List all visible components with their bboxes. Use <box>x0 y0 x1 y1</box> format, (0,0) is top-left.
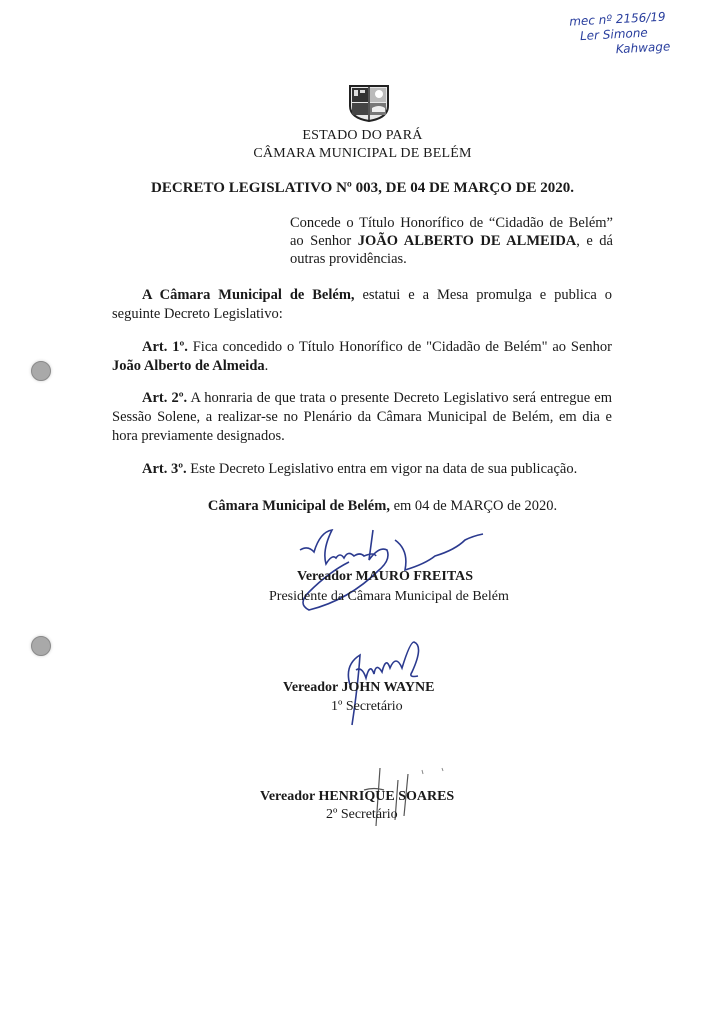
article-3: Art. 3º. Este Decreto Legislativo entra … <box>112 460 612 479</box>
handwritten-note: mec nº 2156/19 Ler Simone Kahwage <box>569 9 671 59</box>
signatory-2-name: Vereador JOHN WAYNE <box>283 680 434 696</box>
signatory-3-name: Vereador HENRIQUE SOARES <box>260 789 454 805</box>
closing-institution: Câmara Municipal de Belém, <box>208 498 390 514</box>
article-label: Art. 2º. <box>142 390 187 406</box>
signatory-1-name: Vereador MAURO FREITAS <box>297 569 473 585</box>
article-text: Este Decreto Legislativo entra em vigor … <box>187 461 578 477</box>
honoree-name: JOÃO ALBERTO DE ALMEIDA <box>358 233 577 249</box>
article-honoree: João Alberto de Almeida <box>112 358 265 374</box>
closing-line: Câmara Municipal de Belém, em 04 de MARÇ… <box>0 498 725 515</box>
article-end: . <box>265 358 269 374</box>
decree-title: DECRETO LEGISLATIVO Nº 003, DE 04 DE MAR… <box>0 180 725 197</box>
institution-heading: CÂMARA MUNICIPAL DE BELÉM <box>0 146 725 162</box>
closing-date: em 04 de MARÇO de 2020. <box>390 498 557 514</box>
punch-hole-bottom <box>31 636 51 656</box>
article-text: A honraria de que trata o presente Decre… <box>112 390 612 444</box>
article-label: Art. 1º. <box>142 339 188 355</box>
punch-hole-top <box>31 361 51 381</box>
signatory-3-role: 2º Secretário <box>326 807 398 823</box>
decree-summary: Concede o Título Honorífico de “Cidadão … <box>290 214 613 268</box>
preamble-institution: A Câmara Municipal de Belém, <box>142 287 355 303</box>
signatory-1-role: Presidente da Câmara Municipal de Belém <box>269 589 509 605</box>
handwritten-surname: Kahwage <box>615 39 670 57</box>
coat-of-arms-icon <box>348 84 390 122</box>
article-1: Art. 1º. Fica concedido o Título Honoríf… <box>112 338 612 376</box>
preamble: A Câmara Municipal de Belém, estatui e a… <box>112 286 612 324</box>
article-text: Fica concedido o Título Honorífico de "C… <box>188 339 612 355</box>
article-label: Art. 3º. <box>142 461 187 477</box>
state-heading: ESTADO DO PARÁ <box>0 128 725 144</box>
article-2: Art. 2º. A honraria de que trata o prese… <box>112 389 612 446</box>
signatory-2-role: 1º Secretário <box>331 699 403 715</box>
